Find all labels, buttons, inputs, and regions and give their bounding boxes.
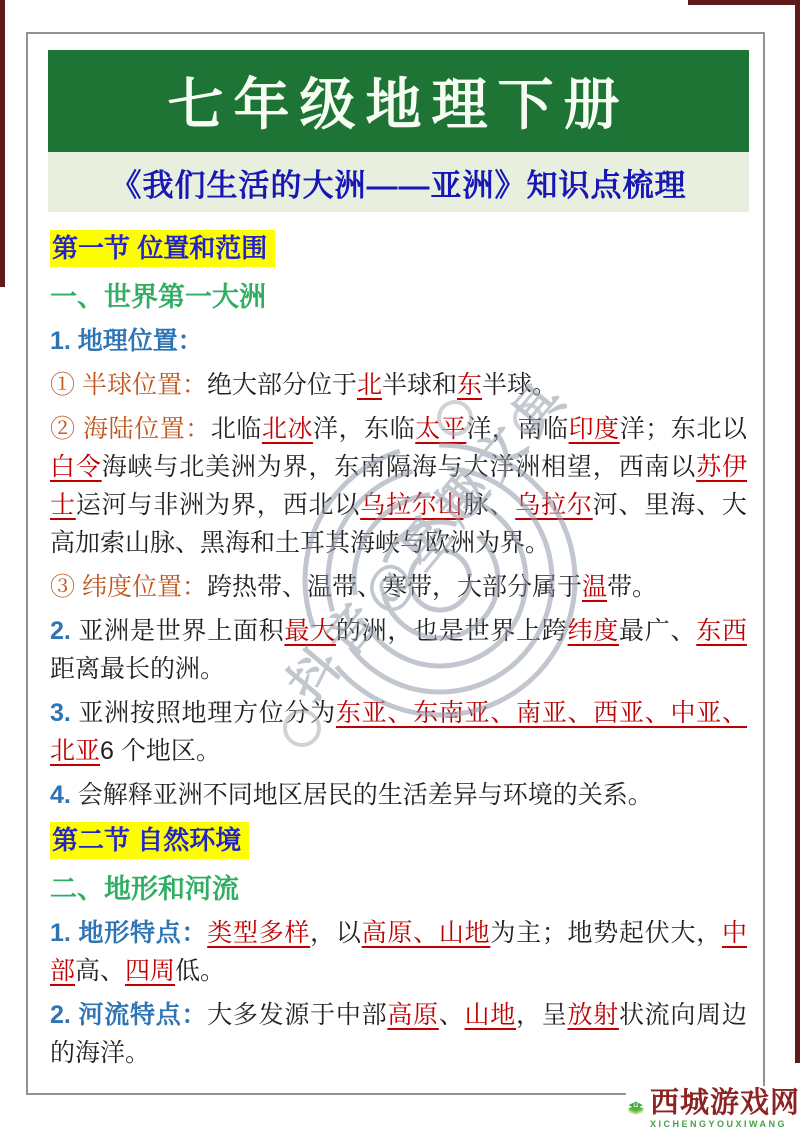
photo-edge-top: [688, 0, 800, 5]
logo-romanized: XICHENGYOUXIWANG: [650, 1120, 800, 1129]
text-run: 北临: [211, 415, 262, 443]
text-run: 东西: [696, 617, 747, 645]
text-run: 地形特点：: [79, 919, 208, 947]
text-run: ，呈: [516, 1001, 567, 1029]
content-frame: 七年级地理下册 《我们生活的大洲——亚洲》知识点梳理 第一节 位置和范围 一、世…: [26, 32, 765, 1095]
photo-edge-left: [0, 0, 5, 287]
text-run: 洋，东临: [313, 415, 415, 443]
text-run: 的洲，也是世界上跨: [336, 617, 568, 645]
para-six-regions: 3. 亚洲按照地理方位分为东亚、东南亚、南亚、西亚、中亚、北亚6 个地区。: [50, 694, 747, 770]
text-run: 白令: [50, 453, 102, 481]
text-run: 太平: [415, 415, 466, 443]
subsection-2-heading: 二、地形和河流: [50, 870, 747, 908]
page-subtitle: 《我们生活的大洲——亚洲》知识点梳理: [111, 160, 687, 205]
text-run: ① 半球位置：: [50, 371, 207, 399]
site-logo: 西城游戏网 XICHENGYOUXIWANG: [626, 1086, 800, 1131]
para-living-differences: 4. 会解释亚洲不同地区居民的生活差异与环境的关系。: [50, 776, 747, 814]
subsection-1-heading: 一、世界第一大洲: [50, 278, 747, 316]
section-1-heading: 第一节 位置和范围: [50, 230, 275, 267]
text-run: 1.: [50, 919, 79, 947]
text-run: 半球。: [482, 371, 557, 399]
para-geo-position-label: 1. 地理位置：: [50, 322, 747, 360]
photo-edge-right: [795, 3, 800, 1063]
para-hemisphere-position: ① 半球位置：绝大部分位于北半球和东半球。: [50, 366, 747, 404]
text-run: 带。: [607, 573, 657, 601]
text-run: 2.: [50, 617, 79, 645]
text-run: 3.: [50, 699, 79, 727]
text-run: 类型多样: [207, 919, 310, 947]
text-run: 、: [439, 1001, 465, 1029]
text-run: ② 海陆位置：: [50, 415, 211, 443]
text-run: 2.: [50, 1001, 79, 1029]
text-run: 海峡与北美洲为界，东南隔海与大洋洲相望，西南以: [102, 453, 696, 481]
text-run: 亚洲是世界上面积: [79, 617, 285, 645]
text-run: 距离最长的洲。: [50, 655, 225, 683]
text-run: 温: [582, 573, 607, 601]
text-run: 半球和: [382, 371, 457, 399]
section-2-heading: 第二节 自然环境: [50, 822, 249, 859]
text-run: 北: [357, 371, 382, 399]
text-run: 最大: [284, 617, 335, 645]
para-terrain-features: 1. 地形特点：类型多样，以高原、山地为主；地势起伏大，中部高、四周低。: [50, 914, 747, 990]
title-banner: 七年级地理下册: [48, 50, 749, 152]
text-run: 运河与非洲为界，西北以: [76, 491, 360, 519]
text-run: 6 个地区。: [100, 737, 221, 765]
section-1-heading-row: 第一节 位置和范围: [50, 230, 747, 268]
text-run: 脉、: [464, 491, 516, 519]
text-run: 为主；地势起伏大，: [490, 919, 722, 947]
text-run: 跨热带、温带、寒带，大部分属于: [207, 573, 582, 601]
text-run: 高、: [75, 957, 125, 985]
para-latitude-position: ③ 纬度位置：跨热带、温带、寒带，大部分属于温带。: [50, 568, 747, 606]
text-run: 1. 地理位置：: [50, 327, 203, 355]
page-title: 七年级地理下册: [168, 61, 630, 141]
text-run: 山地: [465, 1001, 516, 1029]
text-run: ，以: [310, 919, 361, 947]
text-run: 乌拉尔: [515, 491, 593, 519]
notes-content: 第一节 位置和范围 一、世界第一大洲 1. 地理位置： ① 半球位置：绝大部分位…: [28, 212, 763, 1072]
text-run: 河流特点：: [79, 1001, 208, 1029]
text-run: 洋，南临: [466, 415, 568, 443]
text-run: 洋；东北以: [620, 415, 747, 443]
text-run: 四周: [125, 957, 175, 985]
para-area-largest: 2. 亚洲是世界上面积最大的洲，也是世界上跨纬度最广、东西距离最长的洲。: [50, 612, 747, 688]
text-run: 绝大部分位于: [207, 371, 357, 399]
text-run: 大多发源于中部: [207, 1001, 387, 1029]
subtitle-band: 《我们生活的大洲——亚洲》知识点梳理: [48, 152, 749, 212]
text-run: 最广、: [619, 617, 696, 645]
text-run: 低。: [175, 957, 225, 985]
text-run: 会解释亚洲不同地区居民的生活差异与环境的关系。: [78, 781, 653, 809]
text-run: 高原、山地: [362, 919, 491, 947]
text-run: 高原: [387, 1001, 438, 1029]
text-run: 东: [457, 371, 482, 399]
text-run: 亚洲按照地理方位分为: [79, 699, 336, 727]
text-run: 北冰: [262, 415, 313, 443]
text-run: 放射: [567, 1001, 618, 1029]
para-river-features: 2. 河流特点：大多发源于中部高原、山地，呈放射状流向周边的海洋。: [50, 996, 747, 1072]
logo-name: 西城游戏网: [650, 1089, 800, 1118]
para-land-sea-position: ② 海陆位置：北临北冰洋，东临太平洋，南临印度洋；东北以白令海峡与北美洲为界，东…: [50, 410, 747, 562]
text-run: 乌拉尔山: [360, 491, 463, 519]
text-run: 4.: [50, 781, 78, 809]
text-run: 纬度: [568, 617, 619, 645]
text-run: 印度: [569, 415, 620, 443]
brand-diamond-icon: [626, 1086, 646, 1131]
section-2-heading-row: 第二节 自然环境: [50, 822, 747, 860]
text-run: ③ 纬度位置：: [50, 573, 207, 601]
